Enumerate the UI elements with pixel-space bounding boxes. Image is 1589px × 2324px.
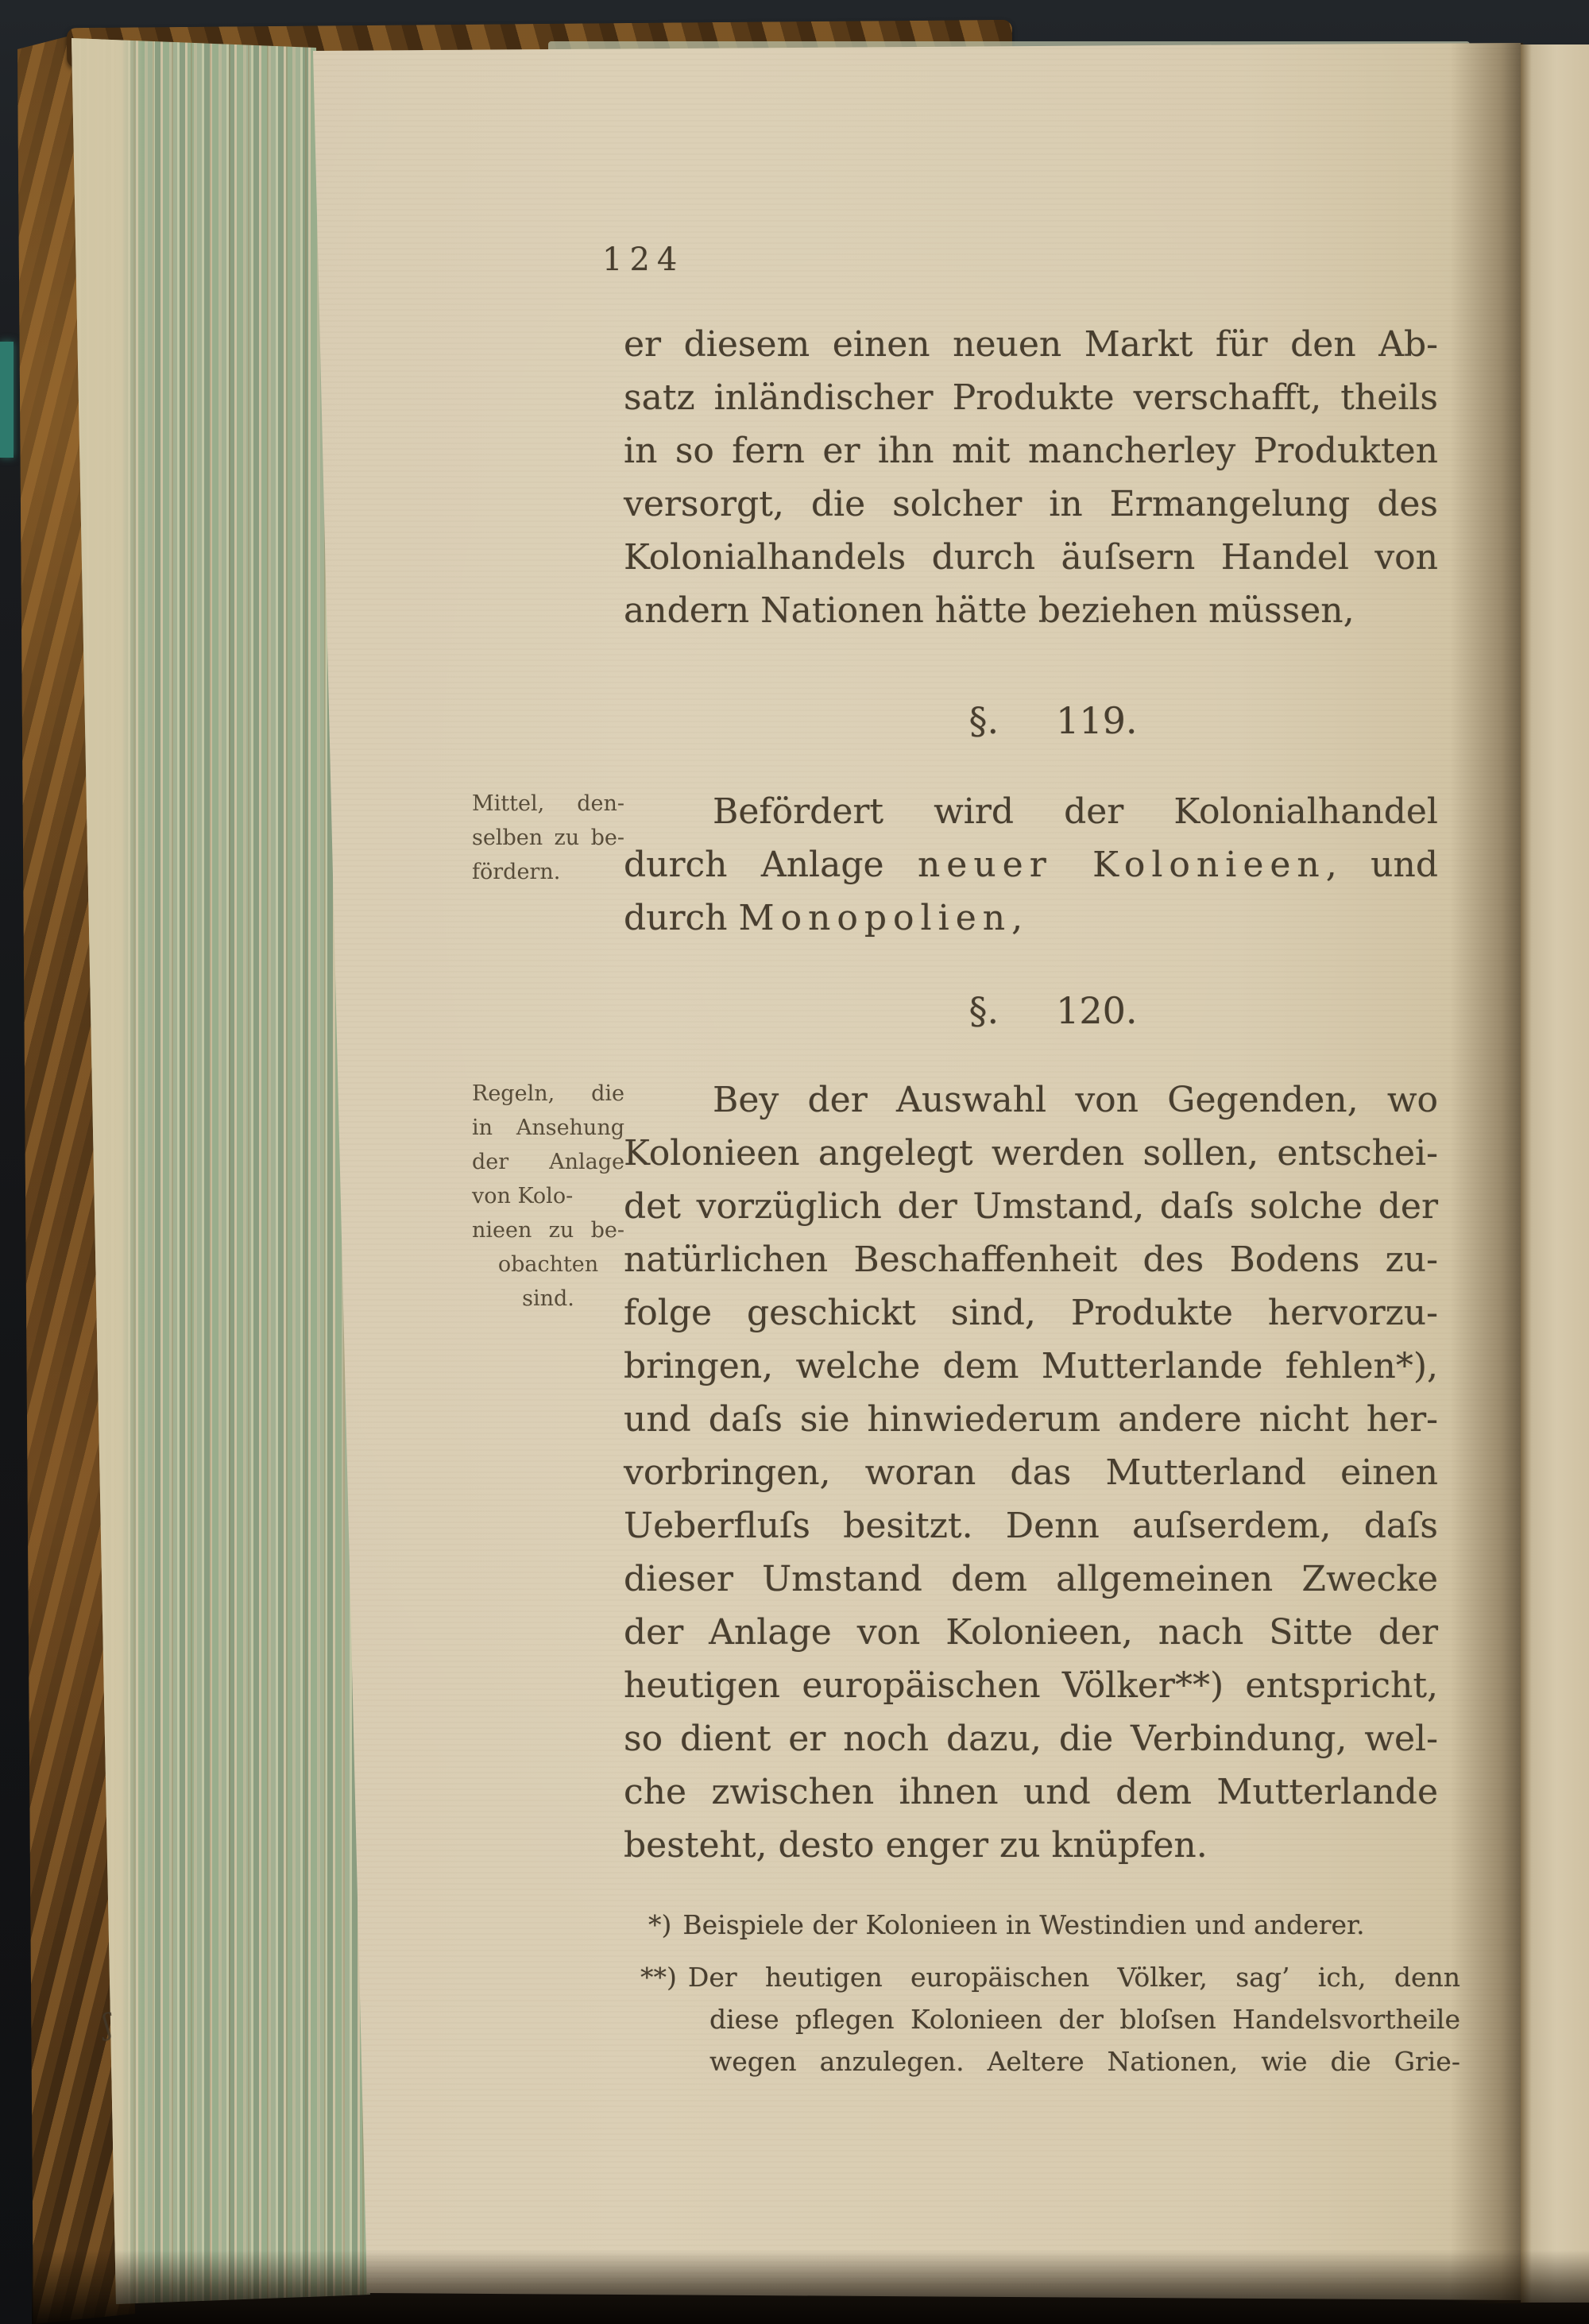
text-line: bringen, welche dem Mutterlande fehlen*)…: [624, 1340, 1438, 1393]
text-line: der Anlage von Kolonieen, nach Sitte der: [624, 1606, 1438, 1659]
margin-line: von Kolo-: [472, 1179, 624, 1213]
text-line: Befördert wird der Kolonialhandel: [624, 785, 1438, 838]
text-line: und daſs sie hinwiederum andere nicht he…: [624, 1393, 1438, 1446]
section-number: 120.: [1056, 989, 1137, 1032]
gutter-shadow: [1450, 43, 1523, 2303]
text-line: er diesem einen neuen Markt für den Ab-: [624, 318, 1438, 371]
text-line: Kolonieen angelegt werden sollen, entsch…: [624, 1127, 1438, 1180]
footnote-line: wegen anzulegen. Aeltere Nationen, wie d…: [709, 2040, 1460, 2082]
footnote-marker: *): [648, 1909, 671, 1940]
margin-line: in Ansehung: [472, 1111, 624, 1145]
margin-line: fördern.: [472, 855, 624, 889]
footnote-line: **)Der heutigen europäischen Völker, sag…: [640, 1956, 1460, 1998]
text-line: heutigen europäischen Völker**) entspric…: [624, 1659, 1438, 1712]
text-line: dieser Umstand dem allgemeinen Zwecke: [624, 1553, 1438, 1606]
book-scan: ʃ 124 er diesem einen neuen Markt für de…: [0, 0, 1589, 2324]
letterspaced-term: Monopolien: [739, 898, 1012, 938]
margin-line: der Anlage: [472, 1145, 624, 1179]
paragraph-119: Befördert wird der Kolonialhandel durch …: [624, 785, 1438, 945]
text-line: det vorzüglich der Umstand, daſs solche …: [624, 1180, 1438, 1233]
facing-page-edge: [1521, 44, 1589, 2303]
text-line: natürlichen Beschaffenheit des Bodens zu…: [624, 1233, 1438, 1286]
margin-line: obachten: [472, 1247, 624, 1282]
margin-line: selben zu be-: [472, 821, 624, 855]
footnote-marker: **): [640, 1962, 677, 1993]
text-line: versorgt, die solcher in Ermangelung des: [624, 478, 1438, 531]
margin-line: nieen zu be-: [472, 1213, 624, 1247]
teal-accent-strip: [0, 342, 14, 458]
margin-line: sind.: [472, 1282, 624, 1316]
margin-note-120: Regeln, die in Ansehung der Anlage von K…: [472, 1077, 624, 1316]
text-line: durch Monopolien,: [624, 891, 1438, 945]
text-line: che zwischen ihnen und dem Mutterlande: [624, 1765, 1438, 1819]
page-number: 124: [602, 242, 684, 278]
text-line: Bey der Auswahl von Gegenden, wo: [624, 1073, 1438, 1127]
text-line: Kolonialhandels durch äuſsern Handel von: [624, 531, 1438, 584]
footnote-line: *)Beispiele der Kolonieen in Westindien …: [648, 1904, 1460, 1946]
section-mark: §.: [968, 699, 999, 742]
paragraph-120: Bey der Auswahl von Gegenden, wo Kolonie…: [624, 1073, 1438, 1872]
margin-note-119: Mittel, den- selben zu be- fördern.: [472, 787, 624, 889]
text-line: durch Anlage neuer Kolonieen, und: [624, 838, 1438, 891]
section-heading-120: §.120.: [624, 989, 1460, 1032]
footnote-1: *)Beispiele der Kolonieen in Westindien …: [648, 1904, 1460, 1946]
footnote-2: **)Der heutigen europäischen Völker, sag…: [640, 1956, 1460, 1998]
section-number: 119.: [1056, 699, 1137, 742]
text-line: in so fern er ihn mit mancherley Produkt…: [624, 424, 1438, 478]
text-line: so dient er noch dazu, die Verbindung, w…: [624, 1712, 1438, 1765]
section-mark: §.: [968, 989, 999, 1032]
footnote-2-continuation: diese pflegen Kolonieen der bloſsen Hand…: [709, 1998, 1460, 2082]
footnote-line: diese pflegen Kolonieen der bloſsen Hand…: [709, 1998, 1460, 2040]
text-line: besteht, desto enger zu knüpfen.: [624, 1819, 1438, 1872]
text-line: Ueberfluſs besitzt. Denn auſserdem, daſs: [624, 1499, 1438, 1553]
section-heading-119: §.119.: [624, 699, 1460, 742]
margin-line: Regeln, die: [472, 1077, 624, 1111]
text-line: folge geschickt sind, Produkte hervorzu-: [624, 1286, 1438, 1340]
bottom-shadow: [32, 2250, 1589, 2324]
margin-line: Mittel, den-: [472, 787, 624, 821]
text-line: vorbringen, woran das Mutterland einen: [624, 1446, 1438, 1499]
paragraph-continued: er diesem einen neuen Markt für den Ab- …: [624, 318, 1438, 637]
letterspaced-term: neuer Kolonieen: [918, 845, 1326, 885]
text-line: andern Nationen hätte beziehen müssen,: [624, 584, 1438, 637]
text-line: satz inländischer Produkte verschafft, t…: [624, 371, 1438, 424]
